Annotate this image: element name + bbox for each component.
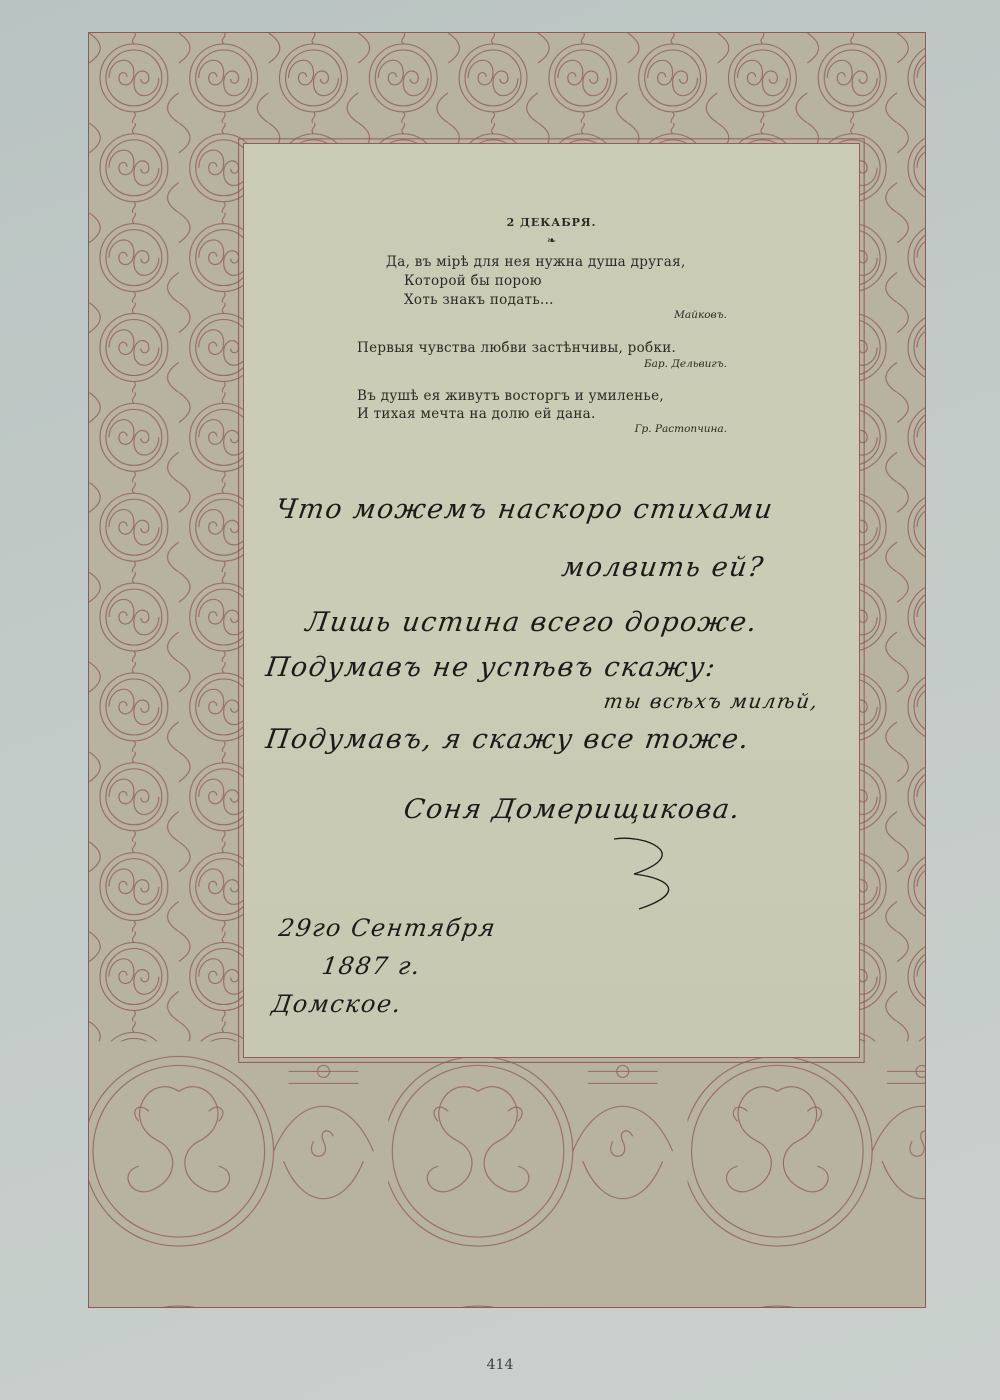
handwritten-line-4: Подумавъ не успѣвъ скажу: <box>264 652 719 683</box>
quote-1-author: Майковъ. <box>674 309 727 321</box>
quote-3-line-1: Въ душѣ ея живутъ восторгъ и умиленье, <box>357 388 664 404</box>
handwritten-year: 1887 г. <box>320 952 423 980</box>
page-number: 414 <box>0 1357 1000 1373</box>
signature: Соня Домерищикова. <box>402 794 743 825</box>
quote-2-line-1: Первыя чувства любви застѣнчивы, робки. <box>357 340 676 356</box>
quote-1-line-2: Которой бы порою <box>404 273 542 289</box>
quote-2-author: Бар. Дельвигъ. <box>644 358 727 370</box>
text-panel: 2 ДЕКАБРЯ. ❧ Да, въ мірѣ для нея нужна д… <box>243 143 860 1058</box>
quote-3-line-2: И тихая мечта на долю ей дана. <box>357 406 596 422</box>
handwritten-line-6: Подумавъ, я скажу все тоже. <box>264 724 752 755</box>
quote-3-author: Гр. Растопчина. <box>635 423 727 435</box>
quote-1-line-1: Да, въ мірѣ для нея нужна душа другая, <box>386 254 686 270</box>
quote-1-line-3: Хоть знакъ подать... <box>404 292 554 308</box>
handwritten-line-2: молвить ей? <box>560 552 767 583</box>
handwritten-line-1: Что можемъ наскоро стихами <box>274 494 776 525</box>
handwritten-place: Домское. <box>270 990 404 1018</box>
date-heading: 2 ДЕКАБРЯ. <box>244 216 859 229</box>
handwritten-date: 29го Сентября <box>277 914 498 942</box>
fleuron-icon: ❧ <box>244 234 859 247</box>
signature-flourish-icon <box>604 834 694 914</box>
handwritten-line-5: ты всѣхъ милѣй, <box>602 689 820 713</box>
handwritten-line-3: Лишь истина всего дороже. <box>304 607 760 638</box>
